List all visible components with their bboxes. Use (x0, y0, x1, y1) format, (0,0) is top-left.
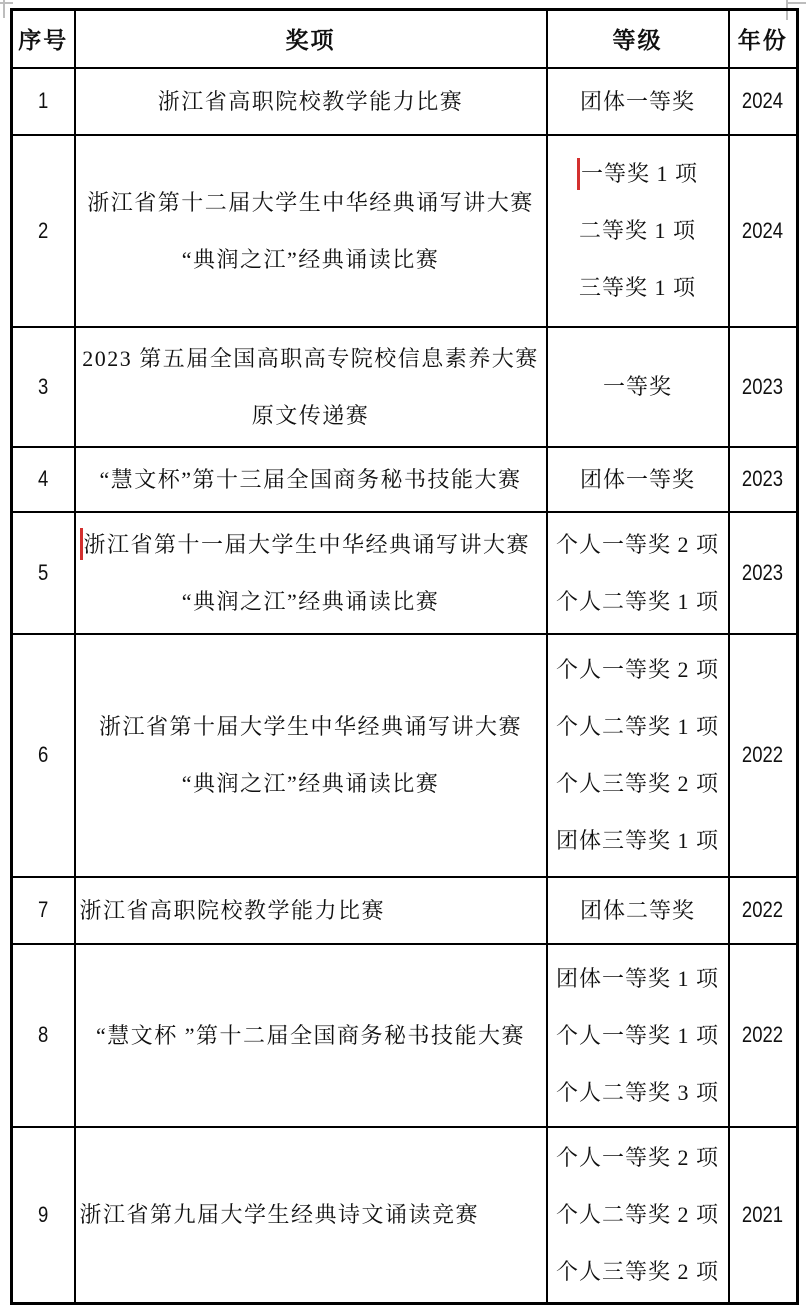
document-page: { "table": { "headers": ["序号", "奖项", "等级… (0, 0, 806, 1312)
grade-line[interactable]: 团体三等奖 1 项 (550, 812, 726, 869)
grade-line[interactable]: 团体一等奖 (550, 451, 726, 508)
year-cell[interactable]: 2023 (729, 447, 798, 512)
table-row: 8“慧文杯 ”第十二届全国商务秘书技能大赛团体一等奖 1 项个人一等奖 1 项个… (12, 944, 798, 1127)
column-header-year[interactable]: 年份 (729, 10, 798, 68)
award-cell[interactable]: “慧文杯 ”第十二届全国商务秘书技能大赛 (75, 944, 547, 1127)
award-cell[interactable]: 浙江省第十一届大学生中华经典诵写讲大赛“典润之江”经典诵读比赛 (75, 512, 547, 634)
award-cell[interactable]: 浙江省第九届大学生经典诗文诵读竞赛 (75, 1127, 547, 1304)
table-row: 32023 第五届全国高职高专院校信息素养大赛原文传递赛一等奖2023 (12, 327, 798, 447)
award-cell[interactable]: 浙江省第十二届大学生中华经典诵写讲大赛“典润之江”经典诵读比赛 (75, 135, 547, 327)
award-line[interactable]: “典润之江”经典诵读比赛 (80, 573, 542, 630)
grade-line[interactable]: 个人三等奖 2 项 (550, 1243, 726, 1300)
table-row: 2浙江省第十二届大学生中华经典诵写讲大赛“典润之江”经典诵读比赛一等奖 1 项二… (12, 135, 798, 327)
award-line[interactable]: 浙江省第十届大学生中华经典诵写讲大赛 (80, 698, 542, 755)
red-caret-mark (577, 158, 580, 190)
row-number-cell[interactable]: 3 (12, 327, 75, 447)
row-number-cell[interactable]: 5 (12, 512, 75, 634)
row-number: 6 (38, 742, 48, 768)
grade-line[interactable]: 团体一等奖 (550, 73, 726, 130)
column-header-grade[interactable]: 等级 (547, 10, 729, 68)
award-cell[interactable]: “慧文杯”第十三届全国商务秘书技能大赛 (75, 447, 547, 512)
year-value: 2023 (742, 560, 783, 586)
row-number-cell[interactable]: 8 (12, 944, 75, 1127)
year-value: 2024 (742, 88, 783, 114)
award-line[interactable]: 原文传递赛 (80, 387, 542, 444)
row-number: 2 (38, 218, 48, 244)
red-caret-mark (80, 528, 83, 560)
year-value: 2022 (742, 897, 783, 923)
row-number: 1 (38, 88, 48, 114)
grade-line[interactable]: 个人二等奖 3 项 (550, 1064, 726, 1121)
grade-cell[interactable]: 一等奖 1 项二等奖 1 项三等奖 1 项 (547, 135, 729, 327)
award-line[interactable]: “典润之江”经典诵读比赛 (80, 755, 542, 812)
row-number: 5 (38, 560, 48, 586)
row-number: 7 (38, 897, 48, 923)
grade-cell[interactable]: 团体二等奖 (547, 877, 729, 944)
year-cell[interactable]: 2024 (729, 135, 798, 327)
award-line[interactable]: 浙江省第十二届大学生中华经典诵写讲大赛 (80, 174, 542, 231)
grade-line[interactable]: 个人一等奖 2 项 (550, 1129, 726, 1186)
row-number-cell[interactable]: 6 (12, 634, 75, 877)
award-cell[interactable]: 浙江省第十届大学生中华经典诵写讲大赛“典润之江”经典诵读比赛 (75, 634, 547, 877)
row-number: 9 (38, 1202, 48, 1228)
row-number-cell[interactable]: 2 (12, 135, 75, 327)
row-number: 3 (38, 374, 48, 400)
grade-line[interactable]: 团体一等奖 1 项 (550, 950, 726, 1007)
grade-cell[interactable]: 一等奖 (547, 327, 729, 447)
awards-table-body: 1浙江省高职院校教学能力比赛团体一等奖20242浙江省第十二届大学生中华经典诵写… (12, 68, 798, 1304)
award-line[interactable]: “典润之江”经典诵读比赛 (80, 231, 542, 288)
year-cell[interactable]: 2023 (729, 327, 798, 447)
row-number: 4 (38, 466, 48, 492)
grade-line[interactable]: 个人一等奖 2 项 (550, 516, 726, 573)
boundary-mark-line (3, 0, 5, 18)
boundary-mark-line (0, 2, 13, 4)
table-row: 6浙江省第十届大学生中华经典诵写讲大赛“典润之江”经典诵读比赛个人一等奖 2 项… (12, 634, 798, 877)
grade-line[interactable]: 三等奖 1 项 (550, 259, 726, 316)
grade-line[interactable]: 个人二等奖 1 项 (550, 573, 726, 630)
table-row: 9浙江省第九届大学生经典诗文诵读竞赛个人一等奖 2 项个人二等奖 2 项个人三等… (12, 1127, 798, 1304)
award-line[interactable]: 浙江省高职院校教学能力比赛 (80, 73, 542, 130)
table-row: 5浙江省第十一届大学生中华经典诵写讲大赛“典润之江”经典诵读比赛个人一等奖 2 … (12, 512, 798, 634)
grade-line[interactable]: 个人一等奖 1 项 (550, 1007, 726, 1064)
year-cell[interactable]: 2024 (729, 68, 798, 135)
year-cell[interactable]: 2023 (729, 512, 798, 634)
year-value: 2024 (742, 218, 783, 244)
grade-line[interactable]: 一等奖 (550, 358, 726, 415)
grade-cell[interactable]: 团体一等奖 (547, 68, 729, 135)
table-row: 7浙江省高职院校教学能力比赛团体二等奖2022 (12, 877, 798, 944)
award-cell[interactable]: 浙江省高职院校教学能力比赛 (75, 877, 547, 944)
award-line[interactable]: “慧文杯”第十三届全国商务秘书技能大赛 (80, 451, 542, 508)
grade-cell[interactable]: 个人一等奖 2 项个人二等奖 1 项 (547, 512, 729, 634)
row-number-cell[interactable]: 1 (12, 68, 75, 135)
year-cell[interactable]: 2021 (729, 1127, 798, 1304)
row-number: 8 (38, 1022, 48, 1048)
column-header-serial[interactable]: 序号 (12, 10, 75, 68)
grade-line[interactable]: 个人二等奖 2 项 (550, 1186, 726, 1243)
table-row: 4“慧文杯”第十三届全国商务秘书技能大赛团体一等奖2023 (12, 447, 798, 512)
grade-line[interactable]: 个人一等奖 2 项 (550, 641, 726, 698)
grade-cell[interactable]: 团体一等奖 1 项个人一等奖 1 项个人二等奖 3 项 (547, 944, 729, 1127)
grade-cell[interactable]: 团体一等奖 (547, 447, 729, 512)
awards-table: 序号 奖项 等级 年份 1浙江省高职院校教学能力比赛团体一等奖20242浙江省第… (10, 8, 799, 1305)
award-line[interactable]: 浙江省高职院校教学能力比赛 (80, 882, 542, 939)
year-cell[interactable]: 2022 (729, 634, 798, 877)
award-line[interactable]: “慧文杯 ”第十二届全国商务秘书技能大赛 (80, 1007, 542, 1064)
year-value: 2022 (742, 742, 783, 768)
year-value: 2022 (742, 1022, 783, 1048)
row-number-cell[interactable]: 9 (12, 1127, 75, 1304)
table-row: 1浙江省高职院校教学能力比赛团体一等奖2024 (12, 68, 798, 135)
grade-line[interactable]: 个人三等奖 2 项 (550, 755, 726, 812)
boundary-mark-line (786, 2, 806, 4)
year-value: 2023 (742, 466, 783, 492)
award-cell[interactable]: 浙江省高职院校教学能力比赛 (75, 68, 547, 135)
award-line[interactable]: 2023 第五届全国高职高专院校信息素养大赛 (80, 330, 542, 387)
row-number-cell[interactable]: 4 (12, 447, 75, 512)
grade-line[interactable]: 个人二等奖 1 项 (550, 698, 726, 755)
year-cell[interactable]: 2022 (729, 944, 798, 1127)
grade-line[interactable]: 二等奖 1 项 (550, 202, 726, 259)
grade-cell[interactable]: 个人一等奖 2 项个人二等奖 2 项个人三等奖 2 项 (547, 1127, 729, 1304)
year-cell[interactable]: 2022 (729, 877, 798, 944)
grade-line[interactable]: 一等奖 1 项 (550, 145, 726, 202)
year-value: 2021 (742, 1202, 783, 1228)
award-cell[interactable]: 2023 第五届全国高职高专院校信息素养大赛原文传递赛 (75, 327, 547, 447)
column-header-award[interactable]: 奖项 (75, 10, 547, 68)
grade-line[interactable]: 团体二等奖 (550, 882, 726, 939)
award-line[interactable]: 浙江省第九届大学生经典诗文诵读竞赛 (80, 1186, 542, 1243)
row-number-cell[interactable]: 7 (12, 877, 75, 944)
year-value: 2023 (742, 374, 783, 400)
grade-cell[interactable]: 个人一等奖 2 项个人二等奖 1 项个人三等奖 2 项团体三等奖 1 项 (547, 634, 729, 877)
award-line[interactable]: 浙江省第十一届大学生中华经典诵写讲大赛 (80, 516, 542, 573)
header-row: 序号 奖项 等级 年份 (12, 10, 798, 68)
